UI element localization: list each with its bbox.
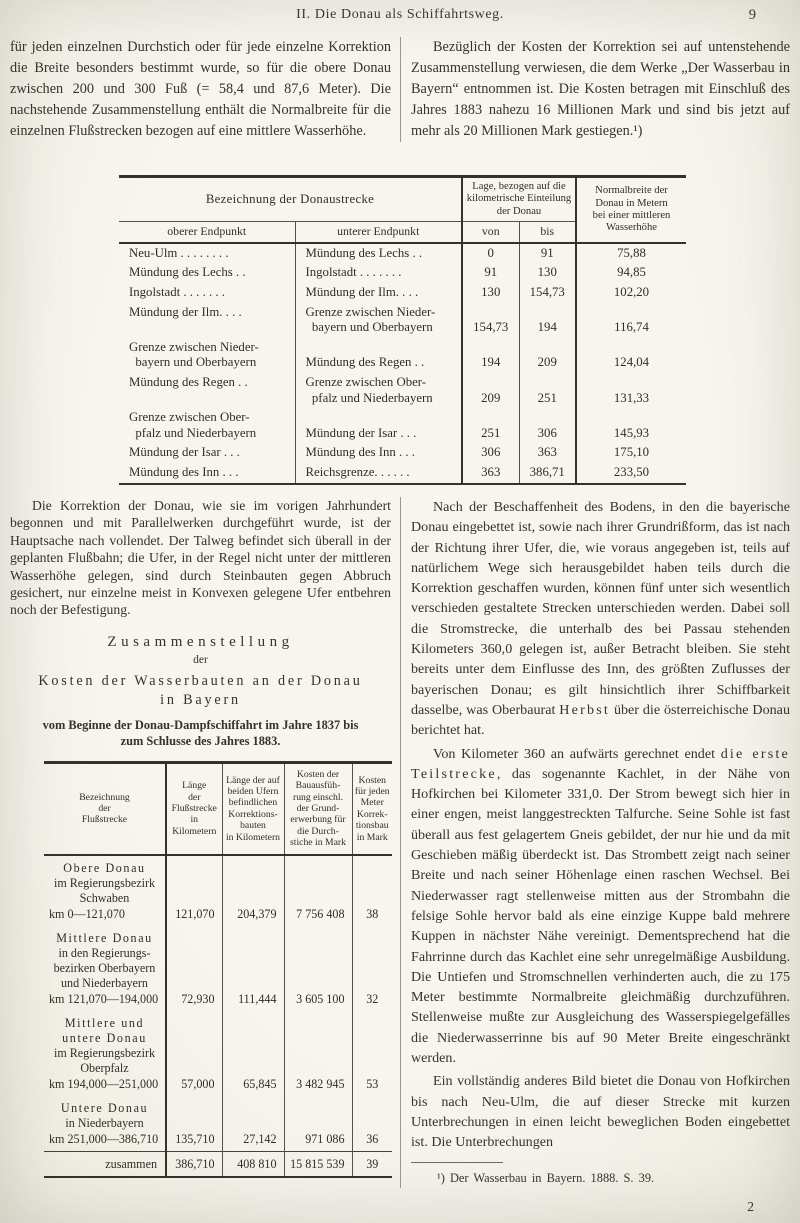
emphasized-name: Herbst [559, 702, 610, 718]
cell-kosten: 7 756 408 [284, 855, 352, 926]
cell-oberer: Neu-Ulm . . . . . . . . [119, 243, 295, 264]
header-lage: Lage, bezogen auf die kilometrische Eint… [462, 177, 576, 222]
cell-breite: 75,88 [576, 243, 686, 264]
cell-von: 194 [462, 338, 519, 373]
strecke-km: km 0—121,070 [47, 907, 162, 922]
cell-breite: 145,93 [576, 408, 686, 443]
strecke-region: in Niederbayern [47, 1116, 162, 1131]
cell-von: 0 [462, 243, 519, 264]
cell-bis: 209 [519, 338, 576, 373]
table-total-row: zusammen 386,710 408 810 15 815 539 39 [44, 1151, 392, 1177]
total-meter: 39 [352, 1151, 392, 1177]
header-kosten-meter: Kosten für jeden Meter Korrek- tionsbau … [352, 762, 392, 854]
cell-von: 306 [462, 443, 519, 463]
strecke-name: Mittlere Donau [47, 931, 162, 946]
cell-oberer: Mündung des Regen . . [119, 373, 295, 408]
table-row: Ingolstadt . . . . . . . Mündung der Ilm… [119, 283, 686, 303]
header-bezeichnung: Bezeichnung der Donaustrecke [119, 177, 462, 222]
cell-meter: 53 [352, 1011, 392, 1096]
cell-breite: 175,10 [576, 443, 686, 463]
cell-unterer: Mündung der Isar . . . [295, 408, 462, 443]
cell-korrektion: 111,444 [222, 926, 284, 1011]
cell-von: 251 [462, 408, 519, 443]
heading-line-2: der [10, 654, 391, 666]
main-left-column: Die Korrektion der Donau, wie sie im vor… [10, 497, 400, 1188]
header-normalbreite: Normalbreite der Donau in Metern bei ein… [576, 177, 686, 243]
footnote: ¹) Der Wasserbau in Bayern. 1888. S. 39. [411, 1168, 790, 1188]
cell-meter: 38 [352, 855, 392, 926]
cell-oberer: Mündung des Lechs . . [119, 263, 295, 283]
heading-line-3: Kosten der Wasserbauten an der Donau [10, 673, 391, 690]
cell-korrektion: 65,845 [222, 1011, 284, 1096]
header-korrektionsbauten: Länge der auf beiden Ufern befindlichen … [222, 762, 284, 854]
intro-left-paragraph: für jeden einzelnen Durchstich oder für … [10, 37, 391, 142]
cell-strecke: Mittlere und untere Donau im Regierungsb… [44, 1011, 166, 1096]
header-bis: bis [519, 221, 576, 243]
cell-strecke: Untere Donau in Niederbayern km 251,000—… [44, 1096, 166, 1152]
cell-laenge: 72,930 [166, 926, 222, 1011]
strecke-km: km 194,000—251,000 [47, 1077, 162, 1092]
header-kosten-bau: Kosten der Bauausfüh- rung einschl. der … [284, 762, 352, 854]
heading-line-4: in Bayern [10, 692, 391, 709]
cell-bis: 194 [519, 303, 576, 338]
cell-breite: 233,50 [576, 463, 686, 484]
header-oberer-endpunkt: oberer Endpunkt [119, 221, 295, 243]
cell-unterer: Grenze zwischen Nieder- bayern und Oberb… [295, 303, 462, 338]
cell-oberer: Grenze zwischen Nieder- bayern und Oberb… [119, 338, 295, 373]
signature-mark: 2 [747, 1199, 754, 1215]
cell-bis: 130 [519, 263, 576, 283]
cell-oberer: Grenze zwischen Ober- pfalz und Niederba… [119, 408, 295, 443]
paragraph-text: Nach der Beschaffenheit des Bodens, in d… [411, 499, 790, 718]
running-head: II. Die Donau als Schiffahrtsweg. [0, 7, 800, 23]
intro-section: für jeden einzelnen Durchstich oder für … [10, 37, 790, 142]
cell-unterer: Mündung der Ilm. . . . [295, 283, 462, 303]
header-von: von [462, 221, 519, 243]
cell-korrektion: 27,142 [222, 1096, 284, 1152]
intro-right-column: Bezüglich der Kosten der Korrektion sei … [401, 37, 790, 142]
kosten-table: Bezeichnung der Flußstrecke Länge der Fl… [44, 761, 392, 1178]
cell-bis: 251 [519, 373, 576, 408]
cell-bis: 306 [519, 408, 576, 443]
table-row: Mittlere Donau in den Regierungs- bezirk… [44, 926, 392, 1011]
cell-von: 130 [462, 283, 519, 303]
table-row: Mündung der Ilm. . . . Grenze zwischen N… [119, 303, 686, 338]
cell-von: 363 [462, 463, 519, 484]
footnote-rule [411, 1162, 503, 1163]
header-flussstrecke: Bezeichnung der Flußstrecke [44, 762, 166, 854]
table-row: Neu-Ulm . . . . . . . . Mündung des Lech… [119, 243, 686, 264]
cell-oberer: Mündung der Isar . . . [119, 443, 295, 463]
cell-strecke: Mittlere Donau in den Regierungs- bezirk… [44, 926, 166, 1011]
table-row: Untere Donau in Niederbayern km 251,000—… [44, 1096, 392, 1152]
intro-left-column: für jeden einzelnen Durchstich oder für … [10, 37, 400, 142]
page-number: 9 [749, 7, 756, 24]
cell-oberer: Mündung der Ilm. . . . [119, 303, 295, 338]
main-section: Die Korrektion der Donau, wie sie im vor… [10, 497, 790, 1188]
cell-unterer: Reichsgrenze. . . . . . [295, 463, 462, 484]
table-row: Mittlere und untere Donau im Regierungsb… [44, 1011, 392, 1096]
table-row: Mündung der Isar . . . Mündung des Inn .… [119, 443, 686, 463]
strecke-km: km 251,000—386,710 [47, 1132, 162, 1147]
cell-meter: 32 [352, 926, 392, 1011]
strecke-name: Obere Donau [47, 861, 162, 876]
strecke-region: im Regierungsbezirk Oberpfalz [47, 1046, 162, 1076]
normalbreite-table-header: Bezeichnung der Donaustrecke Lage, bezog… [119, 177, 686, 243]
cell-unterer: Mündung des Regen . . [295, 338, 462, 373]
cell-bis: 154,73 [519, 283, 576, 303]
table-row: Mündung des Regen . . Grenze zwischen Ob… [119, 373, 686, 408]
strecke-region: im Regierungsbezirk Schwaben [47, 876, 162, 906]
heading-subtitle: vom Beginne der Donau-Dampfschiffahrt im… [10, 717, 391, 750]
cell-laenge: 135,710 [166, 1096, 222, 1152]
table-row: Mündung des Lechs . . Ingolstadt . . . .… [119, 263, 686, 283]
normalbreite-table: Bezeichnung der Donaustrecke Lage, bezog… [119, 175, 686, 485]
cell-unterer: Mündung des Lechs . . [295, 243, 462, 264]
kosten-heading: Zusammenstellung der Kosten der Wasserba… [10, 634, 391, 750]
main-right-column: Nach der Beschaffenheit des Bodens, in d… [401, 497, 790, 1188]
hofkirchen-paragraph: Ein vollständig anderes Bild bietet die … [411, 1071, 790, 1152]
table-row: Obere Donau im Regierungsbezirk Schwaben… [44, 855, 392, 926]
header-unterer-endpunkt: unterer Endpunkt [295, 221, 462, 243]
cell-unterer: Grenze zwischen Ober- pfalz und Niederba… [295, 373, 462, 408]
cell-kosten: 3 482 945 [284, 1011, 352, 1096]
cell-bis: 386,71 [519, 463, 576, 484]
cell-oberer: Ingolstadt . . . . . . . [119, 283, 295, 303]
cell-kosten: 971 086 [284, 1096, 352, 1152]
total-korrektion: 408 810 [222, 1151, 284, 1177]
cell-kosten: 3 605 100 [284, 926, 352, 1011]
cell-laenge: 57,000 [166, 1011, 222, 1096]
cell-breite: 116,74 [576, 303, 686, 338]
cell-von: 91 [462, 263, 519, 283]
book-page: II. Die Donau als Schiffahrtsweg. 9 für … [0, 0, 800, 1223]
cell-unterer: Mündung des Inn . . . [295, 443, 462, 463]
paragraph-text: Von Kilometer 360 an aufwärts gerechnet … [433, 746, 721, 762]
cell-breite: 102,20 [576, 283, 686, 303]
table-row: Grenze zwischen Ober- pfalz und Niederba… [119, 408, 686, 443]
header-laenge: Länge der Flußstrecke in Kilometern [166, 762, 222, 854]
boden-paragraph: Nach der Beschaffenheit des Bodens, in d… [411, 497, 790, 741]
cell-breite: 124,04 [576, 338, 686, 373]
cell-breite: 131,33 [576, 373, 686, 408]
korrektion-paragraph: Die Korrektion der Donau, wie sie im vor… [10, 497, 391, 619]
total-label: zusammen [44, 1151, 166, 1177]
cell-breite: 94,85 [576, 263, 686, 283]
cell-korrektion: 204,379 [222, 855, 284, 926]
cell-laenge: 121,070 [166, 855, 222, 926]
cell-unterer: Ingolstadt . . . . . . . [295, 263, 462, 283]
table-row: Grenze zwischen Nieder- bayern und Oberb… [119, 338, 686, 373]
heading-line-1: Zusammenstellung [10, 634, 391, 651]
total-kosten: 15 815 539 [284, 1151, 352, 1177]
total-laenge: 386,710 [166, 1151, 222, 1177]
cell-von: 209 [462, 373, 519, 408]
table-row: Mündung des Inn . . . Reichsgrenze. . . … [119, 463, 686, 484]
kosten-table-header: Bezeichnung der Flußstrecke Länge der Fl… [44, 762, 392, 854]
strecke-name: Untere Donau [47, 1101, 162, 1116]
paragraph-text: , das sogenannte Kachlet, in der Nähe vo… [411, 766, 790, 1066]
normalbreite-table-wrapper: Bezeichnung der Donaustrecke Lage, bezog… [119, 175, 686, 485]
intro-right-paragraph: Bezüglich der Kosten der Korrektion sei … [411, 37, 790, 142]
cell-von: 154,73 [462, 303, 519, 338]
cell-oberer: Mündung des Inn . . . [119, 463, 295, 484]
kachlet-paragraph: Von Kilometer 360 an aufwärts gerechnet … [411, 744, 790, 1069]
cell-bis: 91 [519, 243, 576, 264]
strecke-name: Mittlere und untere Donau [47, 1016, 162, 1046]
strecke-km: km 121,070—194,000 [47, 992, 162, 1007]
cell-strecke: Obere Donau im Regierungsbezirk Schwaben… [44, 855, 166, 926]
strecke-region: in den Regierungs- bezirken Oberbayern u… [47, 946, 162, 991]
cell-bis: 363 [519, 443, 576, 463]
cell-meter: 36 [352, 1096, 392, 1152]
